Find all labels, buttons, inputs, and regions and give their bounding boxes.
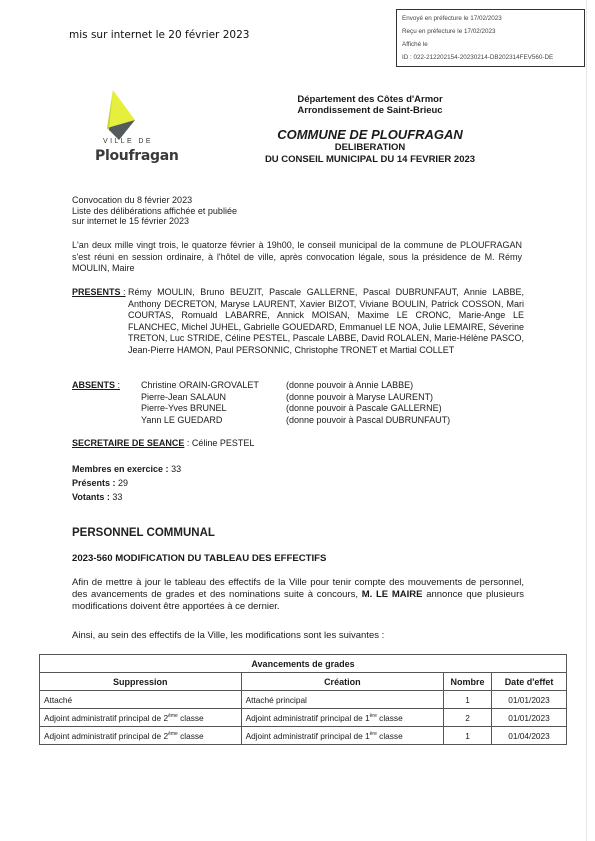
effectifs-table: Avancements de grades Suppression Créati…: [39, 654, 567, 745]
logo-name: Ploufragan: [95, 148, 179, 164]
cell-creation: Adjoint administratif principal de 1ère …: [241, 727, 444, 745]
secretaire-value: : Céline PESTEL: [184, 438, 254, 448]
count-votants: Votants : 33: [72, 490, 181, 504]
absent-row: Pierre-Jean SALAUN(donne pouvoir à Marys…: [141, 392, 450, 404]
intro-paragraph: L'an deux mille vingt trois, le quatorze…: [72, 240, 522, 275]
table-caption: Avancements de grades: [40, 655, 567, 673]
absent-proxy: (donne pouvoir à Maryse LAURENT): [286, 392, 433, 404]
cell-suppression: Adjoint administratif principal de 2ème …: [40, 727, 242, 745]
stamp-sent: Envoyé en préfecture le 17/02/2023: [402, 12, 579, 25]
deliberation-title: 2023-560 MODIFICATION DU TABLEAU DES EFF…: [72, 553, 326, 564]
cell-suppression: Attaché: [40, 691, 242, 709]
conseil-date: DU CONSEIL MUNICIPAL DU 14 FEVRIER 2023: [240, 154, 500, 166]
header-creation: Création: [241, 673, 444, 691]
cell-creation: Adjoint administratif principal de 1ère …: [241, 709, 444, 727]
table-row: Adjoint administratif principal de 2ème …: [40, 709, 567, 727]
absent-proxy: (donne pouvoir à Pascale GALLERNE): [286, 403, 442, 415]
cell-creation: Attaché principal: [241, 691, 444, 709]
arrondissement: Arrondissement de Saint-Brieuc: [240, 105, 500, 116]
departement: Département des Côtes d'Armor: [240, 94, 500, 105]
stamp-id: ID : 022-212202154-20230214-DB202314FEV5…: [402, 51, 579, 64]
stamp-posted: Affiché le: [402, 38, 579, 51]
publication-note: mis sur internet le 20 février 2023: [69, 29, 249, 41]
absent-row: Pierre-Yves BRUNEL(donne pouvoir à Pasca…: [141, 403, 450, 415]
header-date: Date d'effet: [492, 673, 567, 691]
ploufragan-logo: VILLE DE Ploufragan: [95, 90, 165, 170]
section-heading: PERSONNEL COMMUNAL: [72, 527, 215, 539]
liste-affichee: Liste des délibérations affichée et publ…: [72, 206, 237, 217]
presents-list: Rémy MOULIN, Bruno BEUZIT, Pascale GALLE…: [128, 287, 524, 356]
member-counts: Membres en exercice : 33 Présents : 29 V…: [72, 462, 181, 504]
prefecture-stamp: Envoyé en préfecture le 17/02/2023 Reçu …: [396, 9, 585, 67]
absent-name: Yann LE GUEDARD: [141, 415, 286, 427]
cell-date: 01/04/2023: [492, 727, 567, 745]
cell-nombre: 1: [444, 727, 492, 745]
header-suppression: Suppression: [40, 673, 242, 691]
commune-title: COMMUNE DE PLOUFRAGAN: [240, 128, 500, 142]
count-membres: Membres en exercice : 33: [72, 462, 181, 476]
document-header: Département des Côtes d'Armor Arrondisse…: [240, 94, 500, 166]
absent-row: Yann LE GUEDARD(donne pouvoir à Pascal D…: [141, 415, 450, 427]
cell-date: 01/01/2023: [492, 691, 567, 709]
header-nombre: Nombre: [444, 673, 492, 691]
absent-name: Pierre-Jean SALAUN: [141, 392, 286, 404]
cell-date: 01/01/2023: [492, 709, 567, 727]
deliberation-label: DELIBERATION: [240, 142, 500, 154]
stamp-received: Reçu en préfecture le 17/02/2023: [402, 25, 579, 38]
cell-suppression: Adjoint administratif principal de 2ème …: [40, 709, 242, 727]
count-presents: Présents : 29: [72, 476, 181, 490]
absent-row: Christine ORAIN-GROVALET(donne pouvoir à…: [141, 380, 450, 392]
convocation-date: Convocation du 8 février 2023: [72, 195, 237, 206]
paragraph-intro-effectifs: Afin de mettre à jour le tableau des eff…: [72, 577, 524, 613]
secretaire-label: SECRETAIRE DE SEANCE: [72, 438, 184, 448]
presents-label: PRESENTS :: [72, 287, 126, 299]
presents-section: PRESENTS : Rémy MOULIN, Bruno BEUZIT, Pa…: [72, 287, 524, 356]
page-edge: [586, 0, 587, 841]
logo-ville-de: VILLE DE: [103, 138, 153, 145]
cell-nombre: 2: [444, 709, 492, 727]
secretaire-de-seance: SECRETAIRE DE SEANCE : Céline PESTEL: [72, 438, 254, 448]
paragraph-modifications: Ainsi, au sein des effectifs de la Ville…: [72, 630, 524, 642]
absent-proxy: (donne pouvoir à Pascal DUBRUNFAUT): [286, 415, 450, 427]
table-row: AttachéAttaché principal101/01/2023: [40, 691, 567, 709]
absents-label: ABSENTS :: [72, 380, 120, 392]
convocation-info: Convocation du 8 février 2023 Liste des …: [72, 195, 237, 227]
absent-name: Christine ORAIN-GROVALET: [141, 380, 286, 392]
pyramid-logo-icon: [101, 90, 141, 140]
absent-name: Pierre-Yves BRUNEL: [141, 403, 286, 415]
absents-section: ABSENTS : Christine ORAIN-GROVALET(donne…: [72, 380, 450, 426]
publication-date: sur internet le 15 février 2023: [72, 216, 237, 227]
cell-nombre: 1: [444, 691, 492, 709]
table-row: Adjoint administratif principal de 2ème …: [40, 727, 567, 745]
absent-proxy: (donne pouvoir à Annie LABBE): [286, 380, 413, 392]
